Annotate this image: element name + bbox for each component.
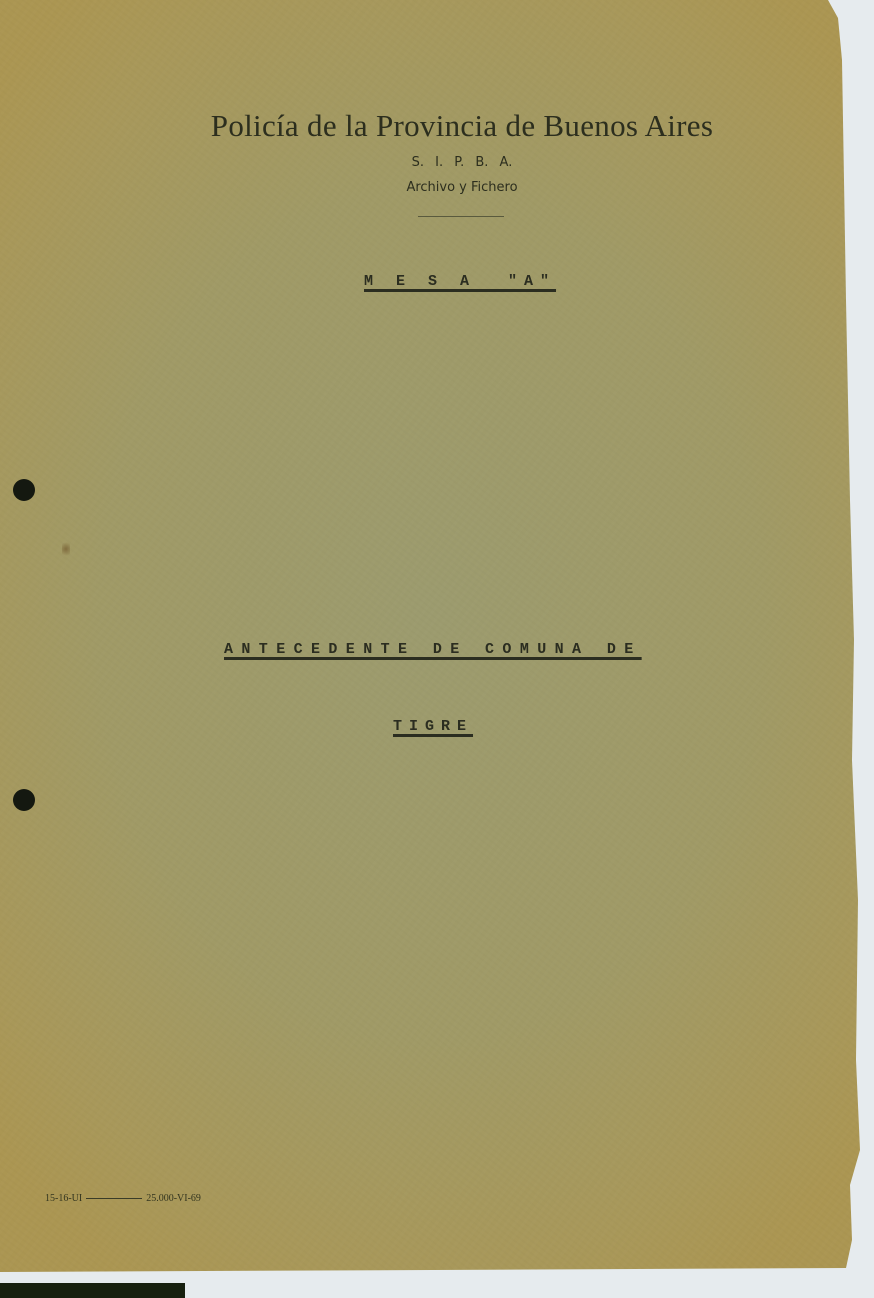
scan-border xyxy=(0,1283,185,1298)
subject-line-1: ANTECEDENTE DE COMUNA DE xyxy=(224,641,642,658)
punch-hole-icon xyxy=(13,479,35,501)
punch-hole-icon xyxy=(13,789,35,811)
department-name: Archivo y Fichero xyxy=(0,180,874,195)
header-title: Policía de la Provincia de Buenos Aires xyxy=(0,108,874,144)
ink-stain xyxy=(62,540,70,558)
form-code: 15-16-UI xyxy=(45,1193,82,1204)
footer-divider xyxy=(86,1198,142,1199)
subject-line-2: TIGRE xyxy=(393,718,473,735)
header-divider xyxy=(418,216,504,217)
print-run: 25.000-VI-69 xyxy=(146,1193,201,1204)
footer-print-code: 15-16-UI 25.000-VI-69 xyxy=(45,1193,201,1204)
desk-label: M E S A "A" xyxy=(364,273,556,290)
agency-acronym: S. I. P. B. A. xyxy=(0,155,874,170)
